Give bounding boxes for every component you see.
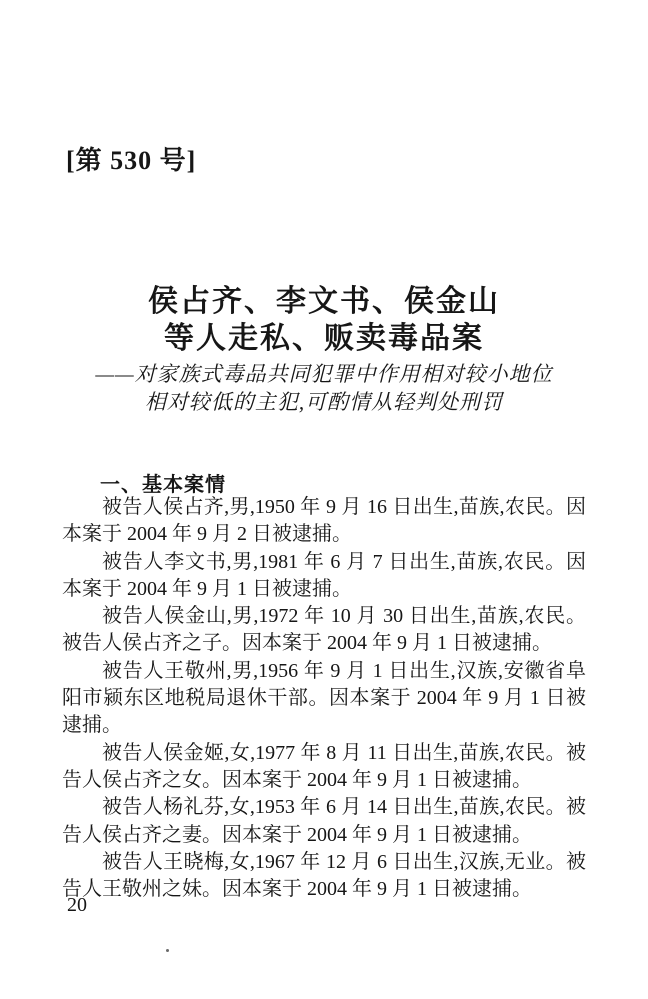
case-number-tag: [第 530 号]: [66, 140, 196, 177]
body-paragraph: 被告人王晓梅,女,1967 年 12 月 6 日出生,汉族,无业。被告人王敬州之…: [62, 849, 586, 898]
case-subtitle-line-1: ——对家族式毒品共同犯罪中作用相对较小地位: [0, 360, 648, 388]
body-paragraph: 被告人侯金姬,女,1977 年 8 月 11 日出生,苗族,农民。被告人侯占齐之…: [62, 740, 586, 795]
body-paragraph: 被告人侯占齐,男,1950 年 9 月 16 日出生,苗族,农民。因本案于 20…: [62, 494, 586, 549]
case-title: 侯占齐、李文书、侯金山 等人走私、贩卖毒品案: [0, 283, 648, 357]
case-subtitle-line-2: 相对较低的主犯,可酌情从轻判处刑罚: [0, 388, 648, 416]
scan-artifact-dot: [166, 949, 169, 952]
body-paragraph: 被告人侯金山,男,1972 年 10 月 30 日出生,苗族,农民。被告人侯占齐…: [62, 603, 586, 658]
body-paragraph: 被告人李文书,男,1981 年 6 月 7 日出生,苗族,农民。因本案于 200…: [62, 549, 586, 604]
body-paragraph: 被告人王敬州,男,1956 年 9 月 1 日出生,汉族,安徽省阜阳市颍东区地税…: [62, 658, 586, 740]
case-title-line-2: 等人走私、贩卖毒品案: [0, 320, 648, 357]
page-number: 20: [67, 894, 87, 917]
case-body-text: 被告人侯占齐,男,1950 年 9 月 16 日出生,苗族,农民。因本案于 20…: [62, 494, 586, 898]
section-heading-basic-facts: 一、基本案情: [100, 468, 226, 497]
book-page: [第 530 号] 侯占齐、李文书、侯金山 等人走私、贩卖毒品案 ——对家族式毒…: [0, 0, 648, 999]
case-subtitle: ——对家族式毒品共同犯罪中作用相对较小地位 相对较低的主犯,可酌情从轻判处刑罚: [0, 360, 648, 416]
case-title-line-1: 侯占齐、李文书、侯金山: [0, 283, 648, 320]
body-paragraph: 被告人杨礼芬,女,1953 年 6 月 14 日出生,苗族,农民。被告人侯占齐之…: [62, 794, 586, 849]
